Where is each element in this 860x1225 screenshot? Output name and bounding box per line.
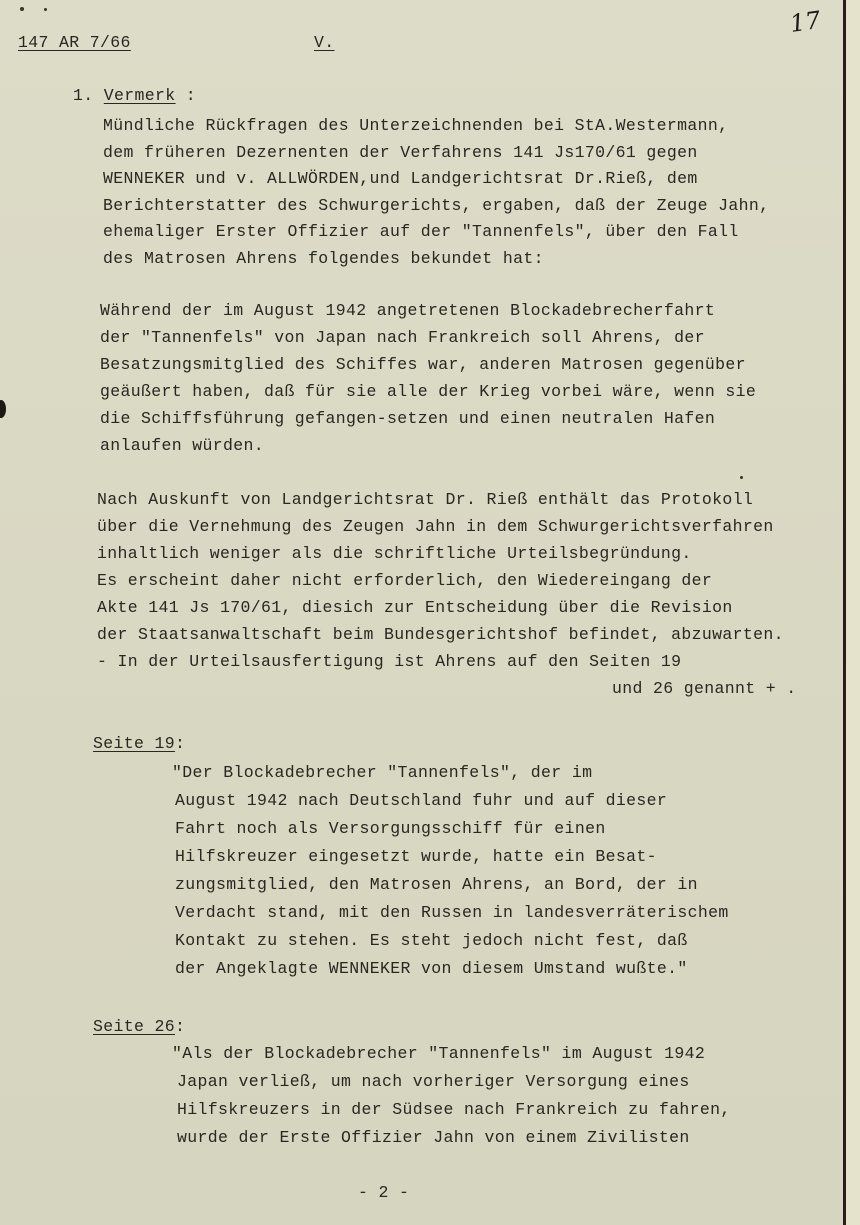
text-line: ehemaliger Erster Offizier auf der "Tann… [103,222,739,242]
text-line: "Der Blockadebrecher "Tannenfels", der i… [172,763,592,783]
text-line: der Staatsanwaltschaft beim Bundesgerich… [97,625,784,645]
punch-hole [0,400,6,418]
text-line: August 1942 nach Deutschland fuhr und au… [175,791,667,811]
file-number: 147 AR 7/66 [18,33,131,53]
text-line: Japan verließ, um nach vorheriger Versor… [177,1072,690,1092]
text-line: des Matrosen Ahrens folgendes bekundet h… [103,249,544,269]
text-line: die Schiffsführung gefangen-setzen und e… [100,409,715,429]
text-line: der "Tannenfels" von Japan nach Frankrei… [100,328,705,348]
seite-19-heading: Seite 19: [93,734,185,754]
text-line: Berichterstatter des Schwurgerichts, erg… [103,196,769,216]
section-heading: 1. Vermerk : [73,86,196,106]
speck [740,476,743,479]
text-line: Nach Auskunft von Landgerichtsrat Dr. Ri… [97,490,753,510]
text-line: Kontakt zu stehen. Es steht jedoch nicht… [175,931,688,951]
handwritten-page-number: 17 [788,6,822,38]
text-line: Während der im August 1942 angetretenen … [100,301,715,321]
background-sheet [846,0,860,1225]
text-line: WENNEKER und v. ALLWÖRDEN,und Landgerich… [103,169,698,189]
seite-26-heading: Seite 26: [93,1017,185,1037]
text-line: Verdacht stand, mit den Russen in landes… [175,903,729,923]
seite-19-colon: : [175,734,185,753]
text-line: - In der Urteilsausfertigung ist Ahrens … [97,652,681,672]
text-line: Hilfskreuzer eingesetzt wurde, hatte ein… [175,847,657,867]
section-number: 1. [73,86,94,105]
text-line: über die Vernehmung des Zeugen Jahn in d… [97,517,774,537]
speck [44,8,47,11]
text-line: wurde der Erste Offizier Jahn von einem … [177,1128,690,1148]
text-line: Hilfskreuzers in der Südsee nach Frankre… [177,1100,731,1120]
text-line: Es erscheint daher nicht erforderlich, d… [97,571,712,591]
speck [20,7,24,11]
seite-26-colon: : [175,1017,185,1036]
section-title: Vermerk [104,86,176,105]
text-line: anlaufen würden. [100,436,264,456]
text-line: Mündliche Rückfragen des Unterzeichnende… [103,116,728,136]
section-title-suffix: : [176,86,197,105]
text-line: "Als der Blockadebrecher "Tannenfels" im… [172,1044,705,1064]
text-line: inhaltlich weniger als die schriftliche … [97,544,692,564]
text-line: Besatzungsmitglied des Schiffes war, and… [100,355,746,375]
text-line: Akte 141 Js 170/61, diesich zur Entschei… [97,598,733,618]
text-line: dem früheren Dezernenten der Verfahrens … [103,143,698,163]
document-page: 147 AR 7/66 V. 17 1. Vermerk : Mündliche… [0,0,844,1225]
text-line: geäußert haben, daß für sie alle der Kri… [100,382,756,402]
seite-26-label: Seite 26 [93,1017,175,1036]
text-line: Fahrt noch als Versorgungsschiff für ein… [175,819,606,839]
page-number: - 2 - [358,1183,409,1203]
text-line: zungsmitglied, den Matrosen Ahrens, an B… [175,875,698,895]
marker-v: V. [314,33,335,53]
text-line: der Angeklagte WENNEKER von diesem Umsta… [175,959,688,979]
seite-19-label: Seite 19 [93,734,175,753]
text-line: und 26 genannt + . [612,679,797,699]
